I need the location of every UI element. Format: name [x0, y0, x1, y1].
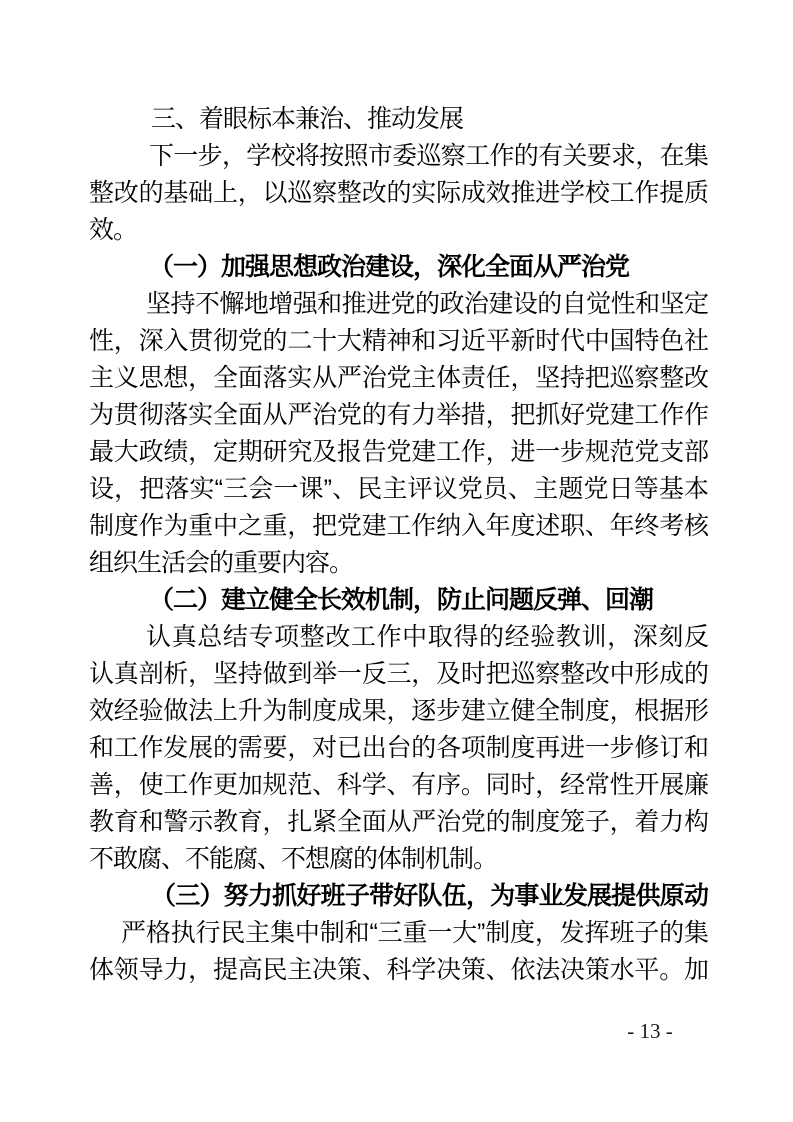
text-line: 制度作为重中之重，把党建工作纳入年度述职、年终考核和 [89, 508, 708, 545]
text-line: 效经验做法上升为制度成果，逐步建立健全制度，根据形势 [89, 693, 708, 730]
text-line: 坚持不懈地增强和推进党的政治建设的自觉性和坚定 [89, 286, 708, 323]
heading: 三、着眼标本兼治、推动发展 [89, 101, 708, 138]
text-line: 善，使工作更加规范、科学、有序。同时，经常性开展廉洁 [89, 767, 708, 804]
text-line: 不敢腐、不能腐、不想腐的体制机制。 [89, 841, 708, 878]
paragraph: 认真总结专项整改工作中取得的经验教训，深刻反思，认真剖析，坚持做到举一反三，及时… [89, 619, 708, 878]
text-line: 认真总结专项整改工作中取得的经验教训，深刻反思， [89, 619, 708, 656]
paragraph: 严格执行民主集中制和“三重一大”制度，发挥班子的集体领导力，提高民主决策、科学决… [89, 915, 708, 989]
page-number: - 13 - [600, 1017, 700, 1045]
paragraph: 下一步，学校将按照市委巡察工作的有关要求，在集中整改的基础上，以巡察整改的实际成… [89, 138, 708, 249]
document-page: 三、着眼标本兼治、推动发展下一步，学校将按照市委巡察工作的有关要求，在集中整改的… [0, 0, 793, 1122]
text-line: 最大政绩，定期研究及报告党建工作，进一步规范党支部建 [89, 434, 708, 471]
text-line: （一）加强思想政治建设，深化全面从严治党 [89, 249, 708, 286]
document-content: 三、着眼标本兼治、推动发展下一步，学校将按照市委巡察工作的有关要求，在集中整改的… [89, 101, 708, 989]
text-line: 认真剖析，坚持做到举一反三，及时把巡察整改中形成的有 [89, 656, 708, 693]
heading: （三）努力抓好班子带好队伍，为事业发展提供原动力 [89, 878, 708, 915]
paragraph: 坚持不懈地增强和推进党的政治建设的自觉性和坚定性，深入贯彻党的二十大精神和习近平… [89, 286, 708, 582]
text-line: 三、着眼标本兼治、推动发展 [89, 101, 708, 138]
heading: （二）建立健全长效机制，防止问题反弹、回潮 [89, 582, 708, 619]
text-line: 下一步，学校将按照市委巡察工作的有关要求，在集中 [89, 138, 708, 175]
text-line: 设，把落实“三会一课”、民主评议党员、主题党日等基本 [89, 471, 708, 508]
text-line: 为贯彻落实全面从严治党的有力举措，把抓好党建工作作为 [89, 397, 708, 434]
text-line: 效。 [89, 212, 708, 249]
text-line: 和工作发展的需要，对已出台的各项制度再进一步修订和完 [89, 730, 708, 767]
heading: （一）加强思想政治建设，深化全面从严治党 [89, 249, 708, 286]
text-line: 性，深入贯彻党的二十大精神和习近平新时代中国特色社会 [89, 323, 708, 360]
text-line: （二）建立健全长效机制，防止问题反弹、回潮 [89, 582, 708, 619]
text-line: 整改的基础上，以巡察整改的实际成效推进学校工作提质增 [89, 175, 708, 212]
text-line: 体领导力，提高民主决策、科学决策、依法决策水平。加强 [89, 952, 708, 989]
text-line: 组织生活会的重要内容。 [89, 545, 708, 582]
text-line: 主义思想，全面落实从严治党主体责任，坚持把巡察整改作 [89, 360, 708, 397]
text-line: 教育和警示教育，扎紧全面从严治党的制度笼子，着力构建 [89, 804, 708, 841]
text-line: （三）努力抓好班子带好队伍，为事业发展提供原动力 [89, 878, 708, 915]
text-line: 严格执行民主集中制和“三重一大”制度，发挥班子的集 [89, 915, 708, 952]
